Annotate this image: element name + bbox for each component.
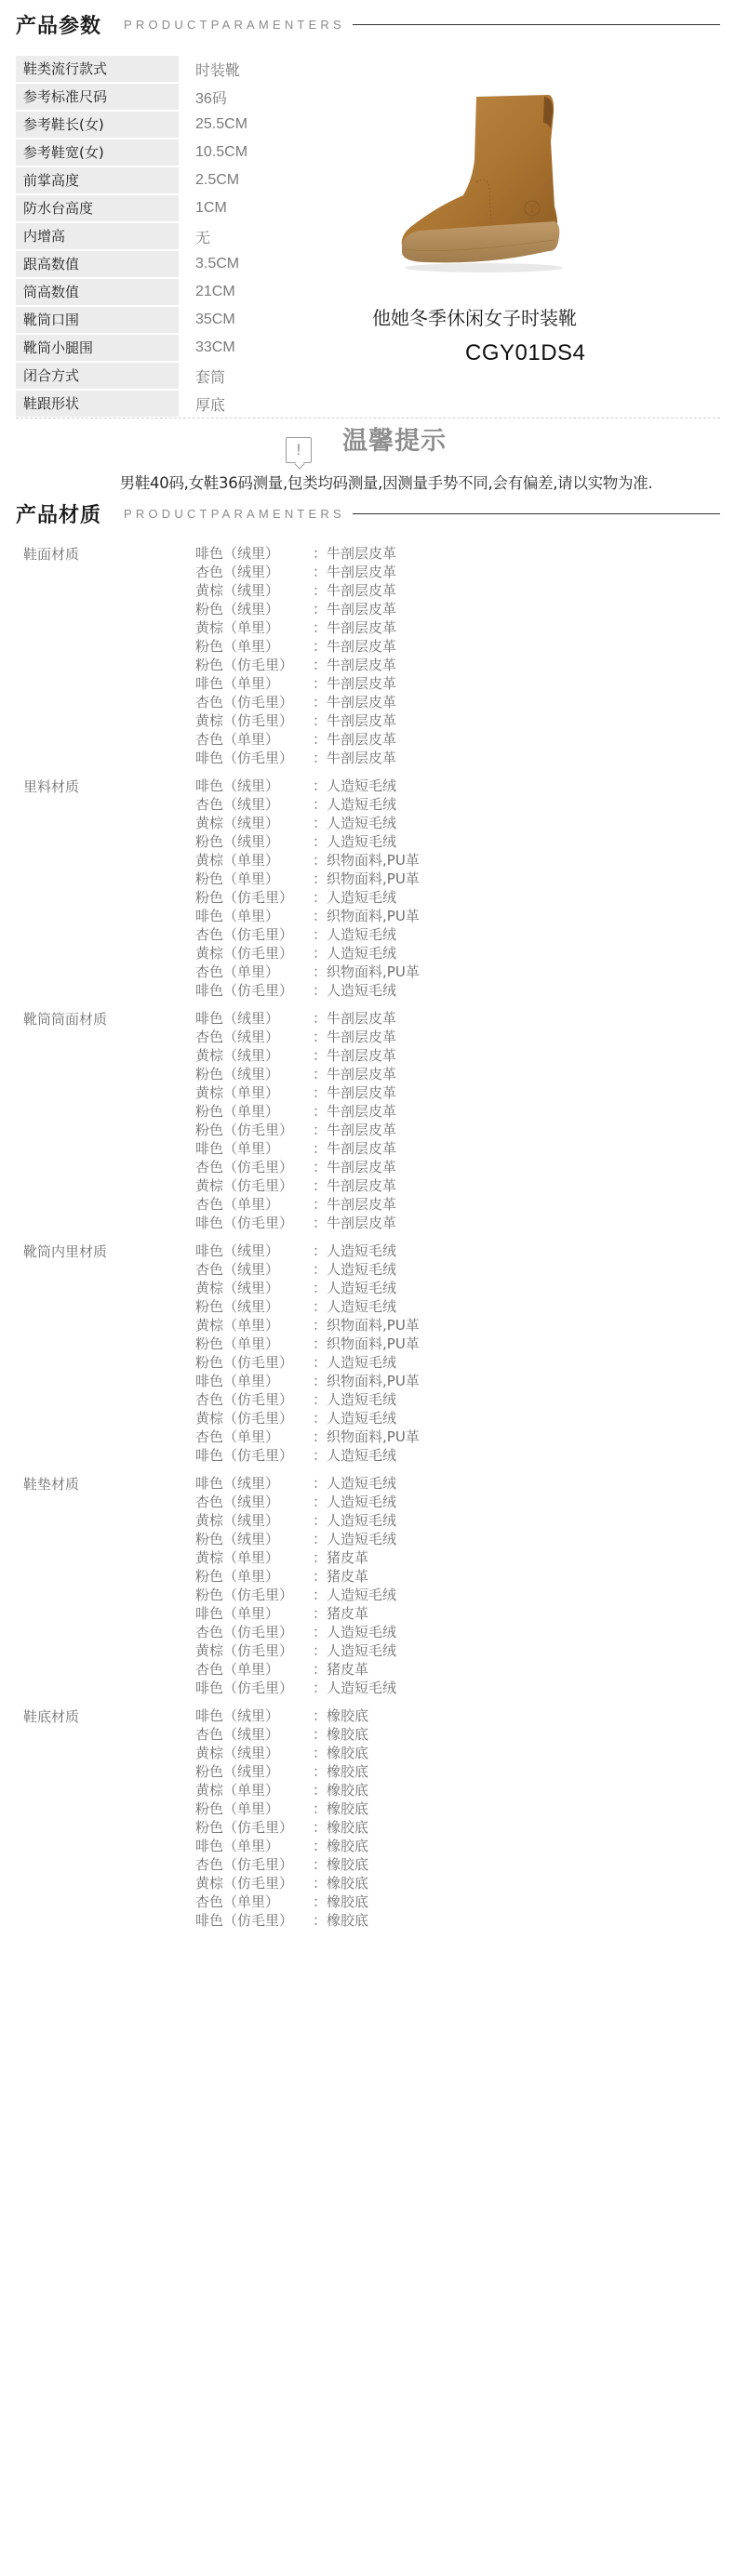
params-section-title: 产品参数 — [16, 10, 101, 39]
material-line: 粉色（单里）：牛剖层皮革 — [195, 637, 396, 656]
material-value: ：人造短毛绒 — [313, 1242, 396, 1260]
material-line: 粉色（单里）：牛剖层皮革 — [195, 1102, 396, 1121]
spec-row: 参考鞋长(女)25.5CM — [16, 112, 332, 138]
material-variant: 啡色（单里） — [195, 674, 313, 693]
material-line: 粉色（仿毛里）：人造短毛绒 — [195, 1586, 396, 1604]
material-variant: 粉色（仿毛里） — [195, 1121, 313, 1139]
material-lines: 啡色（绒里）：牛剖层皮革杏色（绒里）：牛剖层皮革黄棕（绒里）：牛剖层皮革粉色（绒… — [195, 544, 396, 767]
spec-table: 鞋类流行款式时装靴参考标准尺码36码参考鞋长(女)25.5CM参考鞋宽(女)10… — [16, 56, 332, 418]
material-value: ：橡胶底 — [313, 1762, 368, 1781]
header-rule — [353, 24, 720, 25]
material-line: 杏色（单里）：橡胶底 — [195, 1892, 368, 1911]
material-value: ：牛剖层皮革 — [313, 711, 396, 730]
material-variant: 杏色（仿毛里） — [195, 1623, 313, 1641]
material-value: ：橡胶底 — [313, 1855, 368, 1874]
material-variant: 杏色（仿毛里） — [195, 1855, 313, 1874]
material-variant: 粉色（绒里） — [195, 1762, 313, 1781]
material-line: 粉色（绒里）：牛剖层皮革 — [195, 600, 396, 618]
material-value: ：人造短毛绒 — [313, 1679, 396, 1697]
material-line: 粉色（仿毛里）：人造短毛绒 — [195, 888, 420, 907]
material-value: ：人造短毛绒 — [313, 777, 396, 795]
material-value: ：牛剖层皮革 — [313, 618, 396, 637]
tip-text: 男鞋40码,女鞋36码测量,包类均码测量,因测量手势不同,会有偏差,请以实物为准… — [0, 471, 735, 493]
material-line: 黄棕（单里）：牛剖层皮革 — [195, 1083, 396, 1102]
material-variant: 杏色（仿毛里） — [195, 925, 313, 944]
material-value: ：猪皮革 — [313, 1567, 368, 1586]
material-line: 杏色（仿毛里）：人造短毛绒 — [195, 1623, 396, 1641]
material-variant: 杏色（仿毛里） — [195, 693, 313, 711]
material-lines: 啡色（绒里）：橡胶底杏色（绒里）：橡胶底黄棕（绒里）：橡胶底粉色（绒里）：橡胶底… — [195, 1706, 368, 1930]
material-line: 粉色（绒里）：橡胶底 — [195, 1762, 368, 1781]
material-variant: 杏色（绒里） — [195, 1725, 313, 1744]
product-name: 他她冬季休闲女子时装靴 — [372, 303, 577, 330]
material-variant: 粉色（仿毛里） — [195, 1353, 313, 1372]
material-line: 粉色（仿毛里）：牛剖层皮革 — [195, 1121, 396, 1139]
material-variant: 啡色（仿毛里） — [195, 749, 313, 767]
material-line: 粉色（仿毛里）：人造短毛绒 — [195, 1353, 420, 1372]
material-value: ：牛剖层皮革 — [313, 1083, 396, 1102]
spec-row: 跟高数值3.5CM — [16, 251, 332, 277]
material-value: ：人造短毛绒 — [313, 1530, 396, 1548]
material-variant: 啡色（绒里） — [195, 544, 313, 563]
spec-value: 无 — [179, 226, 210, 247]
material-line: 粉色（单里）：橡胶底 — [195, 1799, 368, 1818]
material-line: 啡色（仿毛里）：人造短毛绒 — [195, 981, 420, 1000]
material-line: 粉色（绒里）：牛剖层皮革 — [195, 1065, 396, 1083]
material-value: ：人造短毛绒 — [313, 1297, 396, 1316]
material-value: ：人造短毛绒 — [313, 795, 396, 814]
material-line: 粉色（绒里）：人造短毛绒 — [195, 1530, 396, 1548]
spec-label: 筒高数值 — [16, 279, 179, 305]
material-value: ：橡胶底 — [313, 1725, 368, 1744]
material-line: 粉色（绒里）：人造短毛绒 — [195, 1297, 420, 1316]
material-value: ：人造短毛绒 — [313, 1353, 396, 1372]
material-value: ：牛剖层皮革 — [313, 600, 396, 618]
material-variant: 黄棕（绒里） — [195, 1046, 313, 1065]
material-value: ：猪皮革 — [313, 1548, 368, 1567]
material-line: 黄棕（单里）：橡胶底 — [195, 1781, 368, 1799]
material-line: 啡色（仿毛里）：人造短毛绒 — [195, 1446, 420, 1465]
material-value: ：人造短毛绒 — [313, 1586, 396, 1604]
material-line: 杏色（仿毛里）：人造短毛绒 — [195, 1390, 420, 1409]
material-value: ：人造短毛绒 — [313, 1409, 396, 1427]
product-photo: T — [391, 86, 577, 276]
material-value: ：橡胶底 — [313, 1799, 368, 1818]
material-value: ：牛剖层皮革 — [313, 749, 396, 767]
material-variant: 黄棕（单里） — [195, 618, 313, 637]
material-value: ：牛剖层皮革 — [313, 544, 396, 563]
material-variant: 黄棕（单里） — [195, 1083, 313, 1102]
spec-label: 参考标准尺码 — [16, 84, 179, 110]
spec-label: 靴筒小腿围 — [16, 335, 179, 361]
material-variant: 粉色（仿毛里） — [195, 1818, 313, 1837]
material-variant: 粉色（绒里） — [195, 1065, 313, 1083]
spec-label: 防水台高度 — [16, 195, 179, 221]
materials-section-title: 产品材质 — [16, 499, 101, 528]
spec-label: 靴筒口围 — [16, 307, 179, 333]
material-line: 杏色（绒里）：人造短毛绒 — [195, 1493, 396, 1511]
material-variant: 粉色（绒里） — [195, 1297, 313, 1316]
material-line: 黄棕（单里）：牛剖层皮革 — [195, 618, 396, 637]
material-line: 粉色（仿毛里）：牛剖层皮革 — [195, 656, 396, 674]
material-variant: 黄棕（仿毛里） — [195, 944, 313, 963]
material-variant: 黄棕（仿毛里） — [195, 711, 313, 730]
material-variant: 啡色（仿毛里） — [195, 1214, 313, 1232]
material-line: 啡色（单里）：橡胶底 — [195, 1837, 368, 1855]
material-value: ：橡胶底 — [313, 1744, 368, 1762]
spec-value: 10.5CM — [179, 144, 247, 161]
material-variant: 杏色（绒里） — [195, 1260, 313, 1279]
material-value: ：牛剖层皮革 — [313, 1009, 396, 1028]
material-variant: 黄棕（绒里） — [195, 1511, 313, 1530]
material-line: 啡色（单里）：织物面料,PU革 — [195, 907, 420, 925]
material-variant: 黄棕（绒里） — [195, 1744, 313, 1762]
material-variant: 粉色（仿毛里） — [195, 656, 313, 674]
material-variant: 啡色（绒里） — [195, 1242, 313, 1260]
dashed-divider — [16, 418, 720, 418]
material-line: 啡色（仿毛里）：橡胶底 — [195, 1911, 368, 1930]
spec-label: 闭合方式 — [16, 363, 179, 389]
material-line: 粉色（单里）：猪皮革 — [195, 1567, 396, 1586]
material-variant: 啡色（仿毛里） — [195, 981, 313, 1000]
spec-row: 防水台高度1CM — [16, 195, 332, 221]
material-value: ：牛剖层皮革 — [313, 581, 396, 600]
material-line: 黄棕（绒里）：橡胶底 — [195, 1744, 368, 1762]
material-variant: 黄棕（单里） — [195, 1316, 313, 1334]
spec-value: 36码 — [179, 86, 227, 108]
material-value: ：人造短毛绒 — [313, 832, 396, 851]
material-value: ：织物面料,PU革 — [313, 851, 420, 870]
material-line: 杏色（单里）：牛剖层皮革 — [195, 730, 396, 749]
material-line: 啡色（仿毛里）：牛剖层皮革 — [195, 749, 396, 767]
material-variant: 粉色（单里） — [195, 870, 313, 888]
material-line: 粉色（单里）：织物面料,PU革 — [195, 870, 420, 888]
material-value: ：人造短毛绒 — [313, 1623, 396, 1641]
material-variant: 啡色（绒里） — [195, 777, 313, 795]
spec-row: 内增高无 — [16, 223, 332, 249]
material-value: ：人造短毛绒 — [313, 981, 396, 1000]
material-line: 黄棕（绒里）：人造短毛绒 — [195, 814, 420, 832]
spec-value: 套筒 — [179, 365, 225, 387]
material-variant: 啡色（仿毛里） — [195, 1911, 313, 1930]
materials-section-subtitle: PRODUCTPARAMENTERS — [124, 507, 345, 521]
exclamation-glyph: ! — [287, 440, 311, 460]
material-value: ：织物面料,PU革 — [313, 870, 420, 888]
material-value: ：猪皮革 — [313, 1604, 368, 1623]
material-value: ：人造短毛绒 — [313, 888, 396, 907]
spec-value: 2.5CM — [179, 172, 239, 189]
material-lines: 啡色（绒里）：人造短毛绒杏色（绒里）：人造短毛绒黄棕（绒里）：人造短毛绒粉色（绒… — [195, 777, 420, 1000]
material-value: ：橡胶底 — [313, 1706, 368, 1725]
material-variant: 粉色（绒里） — [195, 600, 313, 618]
spec-label: 内增高 — [16, 223, 179, 249]
material-variant: 杏色（单里） — [195, 963, 313, 981]
spec-row: 参考鞋宽(女)10.5CM — [16, 139, 332, 166]
material-value: ：人造短毛绒 — [313, 944, 396, 963]
material-variant: 杏色（单里） — [195, 1195, 313, 1214]
material-value: ：牛剖层皮革 — [313, 1139, 396, 1158]
material-label: 鞋垫材质 — [23, 1474, 79, 1494]
material-value: ：人造短毛绒 — [313, 1493, 396, 1511]
spec-row: 参考标准尺码36码 — [16, 84, 332, 110]
material-line: 啡色（单里）：牛剖层皮革 — [195, 1139, 396, 1158]
material-line: 黄棕（绒里）：牛剖层皮革 — [195, 1046, 396, 1065]
spec-label: 鞋类流行款式 — [16, 56, 179, 82]
spec-row: 鞋类流行款式时装靴 — [16, 56, 332, 82]
spec-value: 25.5CM — [179, 116, 247, 133]
materials-section-header: 产品材质 PRODUCTPARAMENTERS — [16, 497, 720, 530]
header-rule — [353, 513, 720, 514]
material-variant: 杏色（单里） — [195, 1427, 313, 1446]
spec-value: 33CM — [179, 339, 235, 356]
product-code: CGY01DS4 — [465, 340, 585, 366]
material-line: 杏色（绒里）：牛剖层皮革 — [195, 563, 396, 581]
material-value: ：牛剖层皮革 — [313, 1158, 396, 1176]
material-line: 黄棕（单里）：猪皮革 — [195, 1548, 396, 1567]
material-value: ：织物面料,PU革 — [313, 1334, 420, 1353]
spec-row: 前掌高度2.5CM — [16, 167, 332, 193]
material-line: 黄棕（绒里）：牛剖层皮革 — [195, 581, 396, 600]
spec-label: 跟高数值 — [16, 251, 179, 277]
svg-text:T: T — [529, 206, 535, 215]
material-value: ：牛剖层皮革 — [313, 637, 396, 656]
spec-row: 闭合方式套筒 — [16, 363, 332, 389]
material-variant: 粉色（单里） — [195, 1799, 313, 1818]
material-variant: 杏色（绒里） — [195, 1493, 313, 1511]
material-value: ：猪皮革 — [313, 1660, 368, 1679]
material-line: 粉色（单里）：织物面料,PU革 — [195, 1334, 420, 1353]
material-line: 杏色（绒里）：人造短毛绒 — [195, 1260, 420, 1279]
material-line: 啡色（绒里）：牛剖层皮革 — [195, 1009, 396, 1028]
material-variant: 黄棕（单里） — [195, 1548, 313, 1567]
spec-row: 靴筒口围35CM — [16, 307, 332, 333]
material-value: ：人造短毛绒 — [313, 1390, 396, 1409]
material-lines: 啡色（绒里）：人造短毛绒杏色（绒里）：人造短毛绒黄棕（绒里）：人造短毛绒粉色（绒… — [195, 1474, 396, 1697]
spec-label: 前掌高度 — [16, 167, 179, 193]
material-value: ：牛剖层皮革 — [313, 1028, 396, 1046]
params-section-header: 产品参数 PRODUCTPARAMENTERS — [16, 7, 720, 41]
material-line: 黄棕（绒里）：人造短毛绒 — [195, 1511, 396, 1530]
bubble-tail — [294, 458, 304, 469]
spec-value: 35CM — [179, 312, 235, 328]
boot-icon: T — [391, 86, 577, 276]
exclamation-speech-bubble-icon: ! — [286, 437, 312, 463]
material-value: ：牛剖层皮革 — [313, 1046, 396, 1065]
spec-value: 21CM — [179, 284, 235, 300]
material-line: 啡色（单里）：猪皮革 — [195, 1604, 396, 1623]
material-variant: 啡色（单里） — [195, 1604, 313, 1623]
material-value: ：织物面料,PU革 — [313, 1316, 420, 1334]
material-label: 靴筒筒面材质 — [23, 1009, 107, 1029]
material-variant: 啡色（绒里） — [195, 1706, 313, 1725]
material-variant: 杏色（单里） — [195, 1660, 313, 1679]
material-line: 杏色（仿毛里）：牛剖层皮革 — [195, 693, 396, 711]
material-line: 黄棕（仿毛里）：牛剖层皮革 — [195, 711, 396, 730]
material-value: ：人造短毛绒 — [313, 1511, 396, 1530]
material-variant: 黄棕（仿毛里） — [195, 1874, 313, 1892]
material-line: 杏色（仿毛里）：橡胶底 — [195, 1855, 368, 1874]
material-line: 粉色（仿毛里）：橡胶底 — [195, 1818, 368, 1837]
material-line: 杏色（单里）：牛剖层皮革 — [195, 1195, 396, 1214]
material-line: 啡色（绒里）：橡胶底 — [195, 1706, 368, 1725]
spec-label: 鞋跟形状 — [16, 391, 179, 417]
spec-value: 厚底 — [179, 393, 225, 415]
material-variant: 粉色（仿毛里） — [195, 1586, 313, 1604]
spec-value: 3.5CM — [179, 256, 239, 272]
material-variant: 啡色（绒里） — [195, 1009, 313, 1028]
spec-value: 1CM — [179, 200, 227, 217]
material-value: ：织物面料,PU革 — [313, 907, 420, 925]
material-line: 黄棕（仿毛里）：人造短毛绒 — [195, 1641, 396, 1660]
material-variant: 粉色（单里） — [195, 1102, 313, 1121]
material-variant: 啡色（单里） — [195, 1139, 313, 1158]
material-variant: 粉色（绒里） — [195, 832, 313, 851]
material-variant: 黄棕（绒里） — [195, 814, 313, 832]
material-value: ：人造短毛绒 — [313, 1279, 396, 1297]
material-value: ：牛剖层皮革 — [313, 1195, 396, 1214]
material-variant: 杏色（单里） — [195, 1892, 313, 1911]
material-value: ：人造短毛绒 — [313, 1260, 396, 1279]
material-variant: 啡色（绒里） — [195, 1474, 313, 1493]
material-value: ：人造短毛绒 — [313, 925, 396, 944]
material-label: 鞋面材质 — [23, 544, 79, 564]
material-variant: 啡色（单里） — [195, 1837, 313, 1855]
material-line: 粉色（绒里）：人造短毛绒 — [195, 832, 420, 851]
spec-row: 鞋跟形状厚底 — [16, 391, 332, 417]
material-line: 黄棕（仿毛里）：牛剖层皮革 — [195, 1176, 396, 1195]
material-variant: 黄棕（单里） — [195, 851, 313, 870]
spec-row: 筒高数值21CM — [16, 279, 332, 305]
material-value: ：牛剖层皮革 — [313, 693, 396, 711]
material-variant: 黄棕（绒里） — [195, 1279, 313, 1297]
material-variant: 黄棕（单里） — [195, 1781, 313, 1799]
material-line: 啡色（单里）：牛剖层皮革 — [195, 674, 396, 693]
material-line: 啡色（绒里）：人造短毛绒 — [195, 1474, 396, 1493]
material-line: 啡色（绒里）：人造短毛绒 — [195, 777, 420, 795]
material-line: 啡色（仿毛里）：牛剖层皮革 — [195, 1214, 396, 1232]
material-lines: 啡色（绒里）：人造短毛绒杏色（绒里）：人造短毛绒黄棕（绒里）：人造短毛绒粉色（绒… — [195, 1242, 420, 1465]
material-line: 杏色（仿毛里）：人造短毛绒 — [195, 925, 420, 944]
material-variant: 粉色（单里） — [195, 1334, 313, 1353]
material-variant: 杏色（仿毛里） — [195, 1158, 313, 1176]
material-line: 黄棕（仿毛里）：橡胶底 — [195, 1874, 368, 1892]
material-variant: 黄棕（绒里） — [195, 581, 313, 600]
material-value: ：牛剖层皮革 — [313, 1121, 396, 1139]
material-variant: 杏色（绒里） — [195, 795, 313, 814]
material-variant: 啡色（单里） — [195, 907, 313, 925]
material-line: 杏色（单里）：织物面料,PU革 — [195, 1427, 420, 1446]
material-lines: 啡色（绒里）：牛剖层皮革杏色（绒里）：牛剖层皮革黄棕（绒里）：牛剖层皮革粉色（绒… — [195, 1009, 396, 1232]
material-line: 黄棕（仿毛里）：人造短毛绒 — [195, 1409, 420, 1427]
material-line: 啡色（绒里）：人造短毛绒 — [195, 1242, 420, 1260]
material-value: ：橡胶底 — [313, 1911, 368, 1930]
material-variant: 粉色（绒里） — [195, 1530, 313, 1548]
material-line: 杏色（单里）：织物面料,PU革 — [195, 963, 420, 981]
material-line: 杏色（绒里）：人造短毛绒 — [195, 795, 420, 814]
material-variant: 粉色（仿毛里） — [195, 888, 313, 907]
material-value: ：牛剖层皮革 — [313, 674, 396, 693]
material-variant: 杏色（仿毛里） — [195, 1390, 313, 1409]
material-line: 啡色（单里）：织物面料,PU革 — [195, 1372, 420, 1390]
params-section-subtitle: PRODUCTPARAMENTERS — [124, 18, 345, 32]
material-value: ：人造短毛绒 — [313, 1641, 396, 1660]
material-line: 啡色（绒里）：牛剖层皮革 — [195, 544, 396, 563]
material-label: 靴筒内里材质 — [23, 1242, 107, 1261]
material-value: ：牛剖层皮革 — [313, 656, 396, 674]
material-value: ：人造短毛绒 — [313, 814, 396, 832]
material-value: ：牛剖层皮革 — [313, 1065, 396, 1083]
material-variant: 黄棕（仿毛里） — [195, 1409, 313, 1427]
material-line: 杏色（仿毛里）：牛剖层皮革 — [195, 1158, 396, 1176]
material-line: 黄棕（绒里）：人造短毛绒 — [195, 1279, 420, 1297]
material-line: 杏色（绒里）：橡胶底 — [195, 1725, 368, 1744]
spec-label: 参考鞋长(女) — [16, 112, 179, 138]
material-value: ：人造短毛绒 — [313, 1446, 396, 1465]
spec-label: 参考鞋宽(女) — [16, 139, 179, 166]
material-line: 杏色（绒里）：牛剖层皮革 — [195, 1028, 396, 1046]
material-variant: 啡色（仿毛里） — [195, 1679, 313, 1697]
material-line: 杏色（单里）：猪皮革 — [195, 1660, 396, 1679]
material-value: ：织物面料,PU革 — [313, 1427, 420, 1446]
material-value: ：人造短毛绒 — [313, 1474, 396, 1493]
material-value: ：橡胶底 — [313, 1781, 368, 1799]
material-value: ：橡胶底 — [313, 1837, 368, 1855]
material-variant: 杏色（绒里） — [195, 563, 313, 581]
material-line: 啡色（仿毛里）：人造短毛绒 — [195, 1679, 396, 1697]
spec-value: 时装靴 — [179, 59, 240, 80]
material-value: ：牛剖层皮革 — [313, 1102, 396, 1121]
material-value: ：橡胶底 — [313, 1874, 368, 1892]
material-label: 鞋底材质 — [23, 1706, 79, 1726]
material-label: 里料材质 — [23, 777, 79, 796]
material-line: 黄棕（单里）：织物面料,PU革 — [195, 851, 420, 870]
material-variant: 黄棕（仿毛里） — [195, 1641, 313, 1660]
material-line: 黄棕（仿毛里）：人造短毛绒 — [195, 944, 420, 963]
material-value: ：织物面料,PU革 — [313, 1372, 420, 1390]
material-value: ：橡胶底 — [313, 1892, 368, 1911]
spec-row: 靴筒小腿围33CM — [16, 335, 332, 361]
material-value: ：牛剖层皮革 — [313, 1214, 396, 1232]
material-value: ：牛剖层皮革 — [313, 563, 396, 581]
material-variant: 啡色（单里） — [195, 1372, 313, 1390]
material-variant: 粉色（单里） — [195, 1567, 313, 1586]
material-line: 黄棕（单里）：织物面料,PU革 — [195, 1316, 420, 1334]
tip-title: 温馨提示 — [342, 420, 447, 457]
material-value: ：织物面料,PU革 — [313, 963, 420, 981]
material-variant: 粉色（单里） — [195, 637, 313, 656]
material-variant: 黄棕（仿毛里） — [195, 1176, 313, 1195]
material-value: ：牛剖层皮革 — [313, 1176, 396, 1195]
material-value: ：橡胶底 — [313, 1818, 368, 1837]
material-value: ：牛剖层皮革 — [313, 730, 396, 749]
material-variant: 杏色（绒里） — [195, 1028, 313, 1046]
material-variant: 杏色（单里） — [195, 730, 313, 749]
material-variant: 啡色（仿毛里） — [195, 1446, 313, 1465]
